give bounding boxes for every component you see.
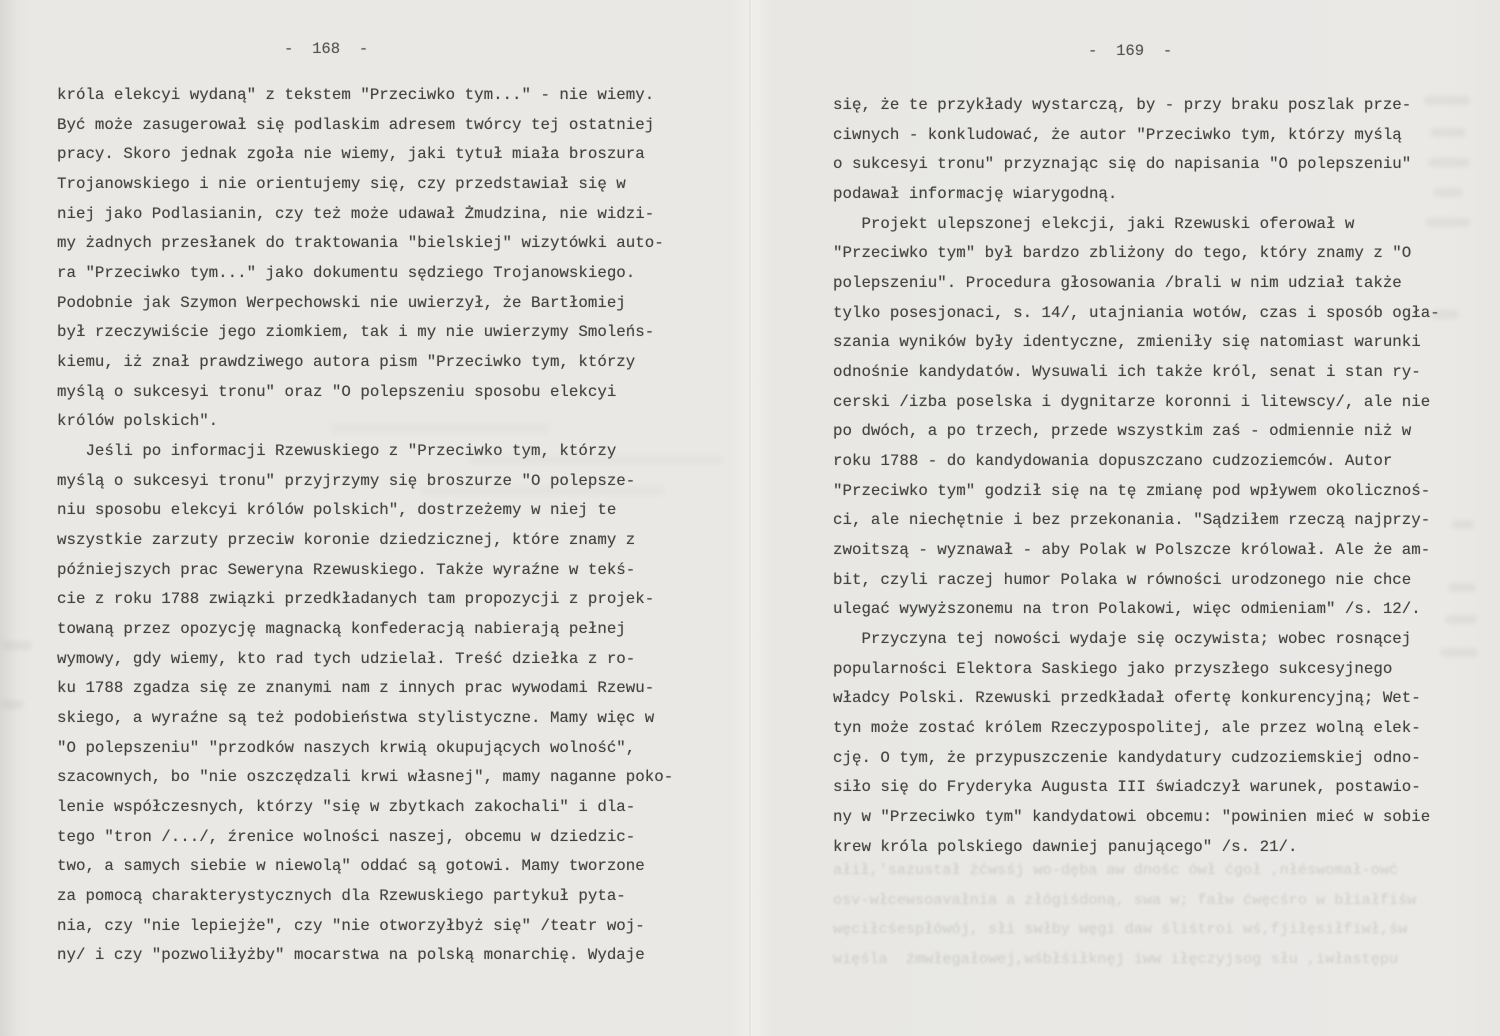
text-line: roku 1788 - do kandydowania dopuszczano … bbox=[833, 447, 1473, 477]
text-line: Podobnie jak Szymon Werpechowski nie uwi… bbox=[57, 289, 697, 319]
text-line: myślą o sukcesyi tronu" oraz "O polepsze… bbox=[57, 378, 697, 408]
text-line: tyn może zostać królem Rzeczypospolitej,… bbox=[833, 714, 1473, 744]
text-line: wszystkie zarzuty przeciw koronie dziedz… bbox=[57, 526, 697, 556]
text-line: two, a samych siebie w niewolą" oddać są… bbox=[57, 852, 697, 882]
text-line: króla elekcyi wydaną" z tekstem "Przeciw… bbox=[57, 81, 697, 111]
text-line: władcy Polski. Rzewuski przedkładał ofer… bbox=[833, 684, 1473, 714]
paper-smudge bbox=[1431, 310, 1459, 319]
paper-smudge bbox=[468, 455, 723, 464]
text-line: ku 1788 zgadza się ze znanymi nam z inny… bbox=[57, 674, 697, 704]
text-line: polepszeniu". Procedura głosowania /bral… bbox=[833, 269, 1473, 299]
page-number-169: - 169 - bbox=[1088, 42, 1172, 60]
scanned-book-spread: - 168 - - 169 - króla elekcyi wydaną" z … bbox=[0, 0, 1500, 1036]
text-line: tylko posesjonaci, s. 14/, utajniania wo… bbox=[833, 299, 1473, 329]
paper-smudge bbox=[420, 486, 665, 495]
text-line: siło się do Fryderyka Augusta III świadc… bbox=[833, 773, 1473, 803]
paper-smudge bbox=[1430, 128, 1466, 137]
text-line: ci, ale niechętnie i bez przekonania. "S… bbox=[833, 506, 1473, 536]
text-line: tego "tron /.../, źrenice wolności nasze… bbox=[57, 823, 697, 853]
paper-smudge bbox=[330, 424, 550, 433]
text-line: "Przeciwko tym" był bardzo zbliżony do t… bbox=[833, 239, 1473, 269]
paper-smudge bbox=[1433, 188, 1463, 197]
page-169-text: się, że te przykłady wystarczą, by - prz… bbox=[833, 91, 1473, 862]
paper-smudge bbox=[1440, 648, 1478, 657]
text-line: popularności Elektora Saskiego jako przy… bbox=[833, 655, 1473, 685]
text-line: "O polepszeniu" "przodków naszych krwią … bbox=[57, 734, 697, 764]
text-line: Trojanowskiego i nie orientujemy się, cz… bbox=[57, 170, 697, 200]
text-line: ny/ i czy "pozwoliłyżby" mocarstwa na po… bbox=[57, 941, 697, 971]
text-line: zwoitszą - wyznawał - aby Polak w Polszc… bbox=[833, 536, 1473, 566]
text-line: za pomocą charakterystycznych dla Rzewus… bbox=[57, 882, 697, 912]
text-line: niej jako Podlasianin, czy też może udaw… bbox=[57, 200, 697, 230]
paper-smudge bbox=[2, 700, 24, 709]
text-line: skiego, a wyraźne są też podobieństwa st… bbox=[57, 704, 697, 734]
page-number-168: - 168 - bbox=[284, 40, 368, 58]
paper-smudge bbox=[2, 641, 32, 650]
text-line: kiemu, iż znał prawdziwego autora pism "… bbox=[57, 348, 697, 378]
text-line: nia, czy "nie lepiejże", czy "nie otworz… bbox=[57, 912, 697, 942]
text-line: się, że te przykłady wystarczą, by - prz… bbox=[833, 91, 1473, 121]
text-line: o sukcesyi tronu" przyznając się do napi… bbox=[833, 150, 1473, 180]
text-line: cie z roku 1788 związki przedkładanych t… bbox=[57, 585, 697, 615]
text-line: podawał informację wiarygodną. bbox=[833, 180, 1473, 210]
text-line: "Przeciwko tym" godził się na tę zmianę … bbox=[833, 477, 1473, 507]
bleed-through-line: ałił,'sazustał żćwsśj wo-dęba aw dnośc ó… bbox=[833, 856, 1473, 886]
paper-smudge bbox=[1426, 218, 1470, 227]
text-line: ra "Przeciwko tym..." jako dokumentu sęd… bbox=[57, 259, 697, 289]
text-line: Projekt ulepszonej elekcji, jaki Rzewusk… bbox=[833, 210, 1473, 240]
paper-smudge bbox=[1424, 96, 1470, 105]
text-line: ciwnych - konkludować, że autor "Przeciw… bbox=[833, 121, 1473, 151]
text-line: Być może zasugerował się podlaskim adres… bbox=[57, 111, 697, 141]
text-line: odnośnie kandydatów. Wysuwali ich także … bbox=[833, 358, 1473, 388]
paper-smudge bbox=[1428, 158, 1470, 167]
bleed-through-text: ałił,'sazustał żćwsśj wo-dęba aw dnośc ó… bbox=[833, 856, 1473, 975]
text-line: my żadnych przesłanek do traktowania "bi… bbox=[57, 229, 697, 259]
paper-smudge bbox=[1445, 615, 1477, 624]
text-line: cerski /izba poselska i dygnitarze koron… bbox=[833, 388, 1473, 418]
text-line: wymowy, gdy wiemy, kto rad tych udzielał… bbox=[57, 645, 697, 675]
paper-smudge bbox=[1452, 520, 1474, 529]
text-line: szacownych, bo "nie oszczędzali krwi wła… bbox=[57, 763, 697, 793]
text-line: towaną przez opozycję magnacką konfedera… bbox=[57, 615, 697, 645]
text-line: ny w "Przeciwko tym" kandydatowi obcemu:… bbox=[833, 803, 1473, 833]
text-line: Przyczyna tej nowości wydaje się oczywis… bbox=[833, 625, 1473, 655]
text-line: niu sposobu elekcyi królów polskich", do… bbox=[57, 496, 697, 526]
text-line: ulegać wywyższonemu na tron Polakowi, wi… bbox=[833, 595, 1473, 625]
text-line: bit, czyli raczej humor Polaka w równośc… bbox=[833, 566, 1473, 596]
text-line: cję. O tym, że przypuszczenie kandydatur… bbox=[833, 744, 1473, 774]
text-line: był rzeczywiście jego ziomkiem, tak i my… bbox=[57, 318, 697, 348]
bleed-through-line: więśla źmwłegałowej,wśbłśiłknęj iww iłęc… bbox=[833, 945, 1473, 975]
text-line: pracy. Skoro jednak zgoła nie wiemy, jak… bbox=[57, 140, 697, 170]
text-line: późniejszych prac Seweryna Rzewuskiego. … bbox=[57, 556, 697, 586]
bleed-through-line: osv-włcewsoavałnia a złógiśdoną, swa w; … bbox=[833, 886, 1473, 916]
text-line: lenie współczesnych, którzy "się w zbytk… bbox=[57, 793, 697, 823]
bleed-through-line: węciłcśespłówój, słi swłby węgi daw śliś… bbox=[833, 915, 1473, 945]
text-line: po dwóch, a po trzech, przede wszystkim … bbox=[833, 417, 1473, 447]
page-168-text: króla elekcyi wydaną" z tekstem "Przeciw… bbox=[57, 81, 697, 971]
page-seam bbox=[749, 0, 753, 1036]
text-line: szania wyników były identyczne, zmieniły… bbox=[833, 328, 1473, 358]
page-edge-shadow bbox=[0, 0, 18, 1036]
paper-smudge bbox=[1448, 583, 1476, 592]
